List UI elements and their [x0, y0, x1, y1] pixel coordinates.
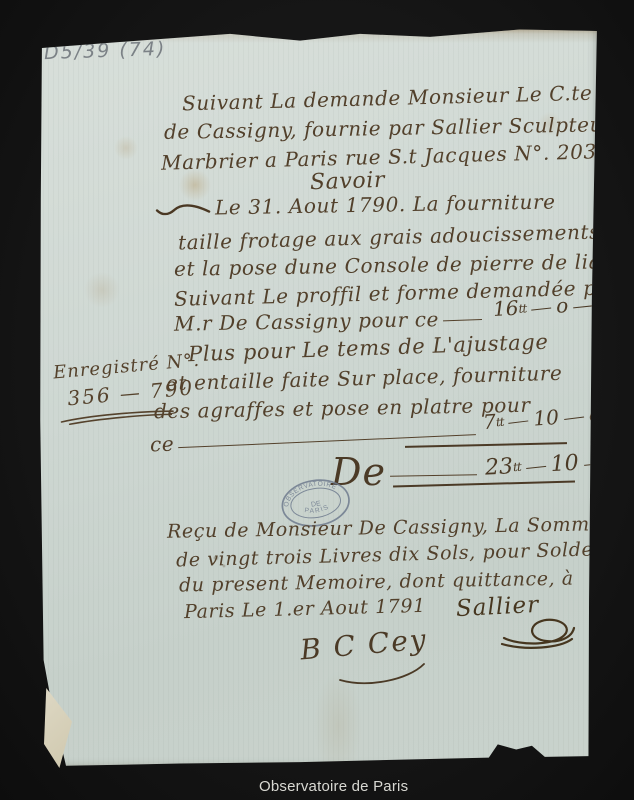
livres-unit: tt	[518, 301, 526, 315]
ruled-leader-line	[443, 317, 482, 321]
manuscript-line-text: ce	[150, 432, 175, 457]
manuscript-line: Plus pour Le tems de L'ajustage	[188, 330, 549, 367]
photograph-background: D5/39 (74) Suivant La demande Monsieur L…	[0, 0, 634, 800]
amount-dash	[531, 306, 551, 311]
amount-dash	[508, 418, 528, 423]
total-amount: 23tt10o	[484, 448, 622, 480]
livres-unit: tt	[513, 460, 521, 474]
manuscript-line: Le 31. Aout 1790. La fourniture	[155, 190, 556, 221]
amount-dash	[584, 461, 604, 466]
ruled-leader-line	[390, 472, 477, 477]
total-label: De	[331, 450, 481, 494]
amount-livres: 16	[492, 296, 519, 321]
registration-margin-note: Enregistré N°. 356 — 790	[52, 350, 205, 431]
amount-sols: 10	[533, 405, 560, 431]
amount-dash	[564, 415, 584, 420]
amount-dash	[526, 464, 546, 469]
manuscript-line: Reçu de Monsieur De Cassigny, La Somme	[167, 513, 602, 543]
livres-unit: tt	[495, 415, 504, 429]
manuscript-line: et entaille faite Sur place, fourniture	[166, 361, 563, 395]
amount-sols: o	[555, 293, 568, 318]
amount-deniers: o	[608, 448, 623, 474]
manuscript-line: des agraffes et pose en platre pour	[154, 393, 531, 424]
amount-deniers: o	[597, 291, 610, 316]
photo-caption: Observatoire de Paris	[259, 778, 408, 795]
manuscript-line: de vingt trois Livres dix Sols, pour Sol…	[176, 539, 594, 572]
manuscript-line: M.r De Cassigny pour ce	[174, 306, 486, 335]
signature-paraph-flourish-icon	[500, 606, 580, 650]
amount-livres: 23	[484, 454, 513, 480]
amount-sols: 10	[550, 451, 579, 477]
manuscript-line: Paris Le 1.er Aout 1791	[184, 595, 426, 623]
manuscript-line: de Cassigny, fournie par Sallier Sculpte…	[164, 112, 614, 144]
amount-deniers: o	[588, 402, 602, 427]
manuscript-line-text: M.r De Cassigny pour ce	[174, 307, 439, 336]
signature-tail-flourish-icon	[338, 660, 428, 686]
amount-livres: 7	[482, 409, 496, 434]
manuscript-line: Suivant La demande Monsieur Le C.te	[182, 81, 593, 116]
manuscript-line: taille frotage aux grais adoucissements	[178, 219, 601, 254]
pen-flourish-icon	[155, 203, 211, 216]
amount-dash	[573, 303, 593, 308]
archive-reference: D5/39 (74)	[44, 38, 167, 64]
manuscript-line-text: Le 31. Aout 1790. La fourniture	[215, 190, 556, 220]
manuscript-paper: D5/39 (74) Suivant La demande Monsieur L…	[38, 28, 598, 768]
savoir-heading: Savoir	[310, 168, 386, 196]
amount-livres-sols-deniers: 16ttoo	[492, 291, 610, 321]
